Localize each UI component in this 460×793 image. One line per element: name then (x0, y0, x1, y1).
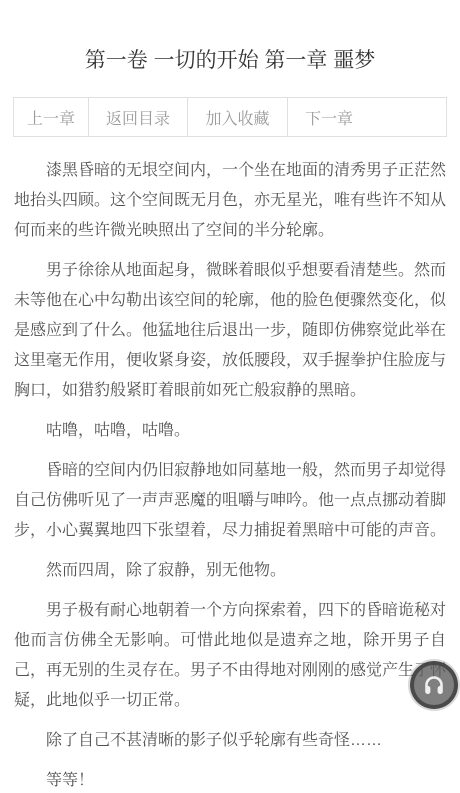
chapter-title: 第一卷 一切的开始 第一章 噩梦 (13, 47, 447, 75)
add-bookmark-button[interactable]: 加入收藏 (188, 98, 288, 136)
paragraph: 等等！ (14, 766, 446, 793)
prev-chapter-button[interactable]: 上一章 (14, 98, 89, 136)
paragraph: 昏暗的空间内仍旧寂静地如同墓地一般，然而男子却觉得自己仿佛听见了一声声恶魔的咀嚼… (14, 456, 446, 546)
headphones-icon (422, 673, 446, 697)
paragraph: 男子极有耐心地朝着一个方向探索着，四下的昏暗诡秘对他而言仿佛全无影响。可惜此地似… (14, 596, 446, 716)
back-to-toc-button[interactable]: 返回目录 (89, 98, 188, 136)
chapter-nav: 上一章 返回目录 加入收藏 下一章 (13, 97, 447, 137)
paragraph: 除了自己不甚清晰的影子似乎轮廓有些奇怪…… (14, 726, 446, 756)
next-chapter-button[interactable]: 下一章 (288, 98, 446, 136)
chapter-content: 漆黑昏暗的无垠空间内，一个坐在地面的清秀男子正茫然地抬头四顾。这个空间既无月色，… (14, 156, 446, 793)
paragraph: 咕噜，咕噜，咕噜。 (14, 416, 446, 446)
paragraph: 男子徐徐从地面起身，微眯着眼似乎想要看清楚些。然而未等他在心中勾勒出该空间的轮廓… (14, 256, 446, 406)
paragraph: 漆黑昏暗的无垠空间内，一个坐在地面的清秀男子正茫然地抬头四顾。这个空间既无月色，… (14, 156, 446, 246)
paragraph: 然而四周，除了寂静，别无他物。 (14, 556, 446, 586)
listen-audio-button[interactable] (410, 661, 458, 709)
